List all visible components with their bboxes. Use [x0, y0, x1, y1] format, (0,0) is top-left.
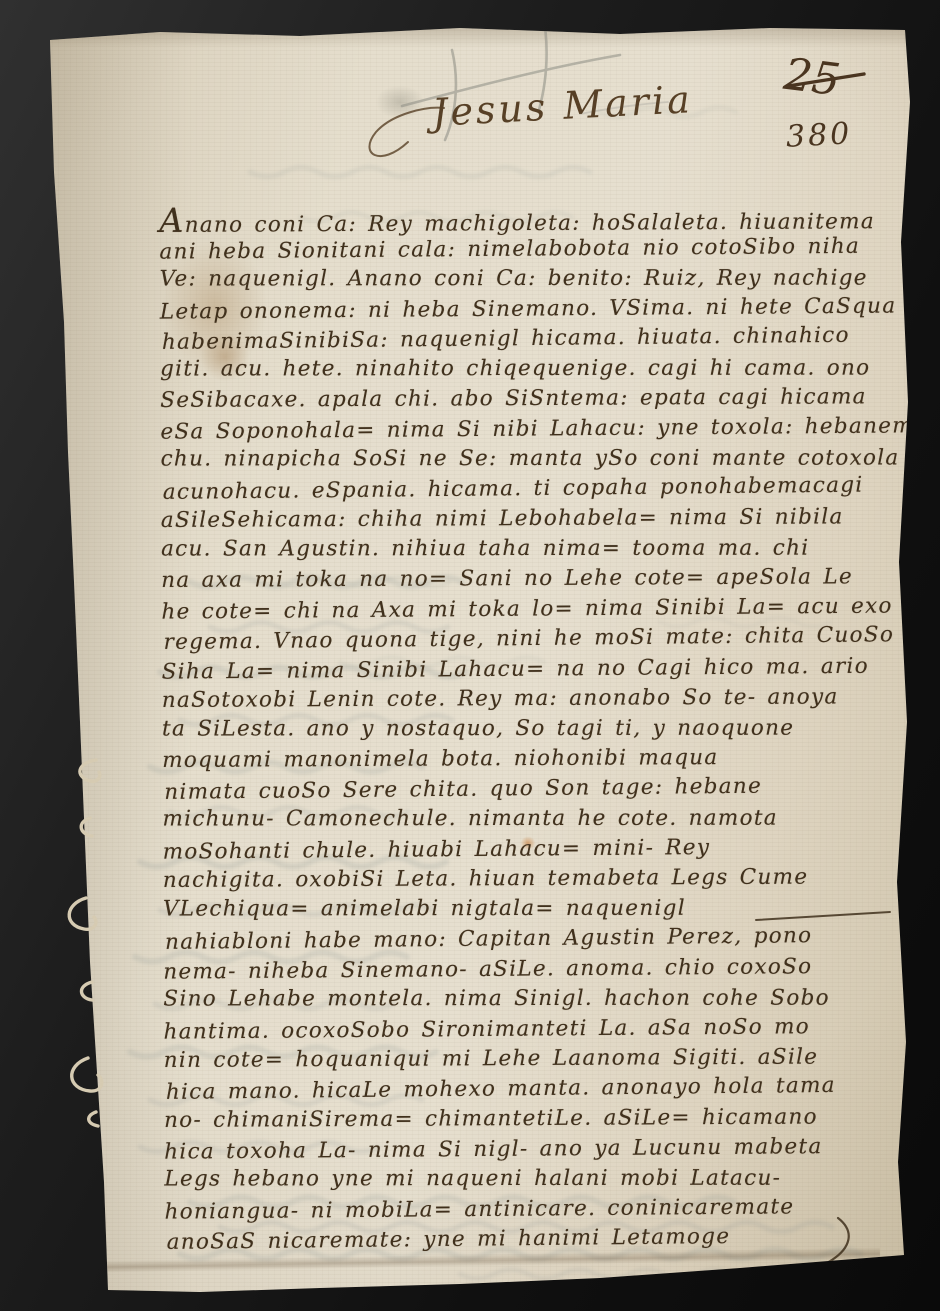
- manuscript-photo: Jesus Maria 25 380 Anano coni Ca: Rey ma…: [0, 0, 940, 1311]
- binding-threads: [0, 0, 940, 1311]
